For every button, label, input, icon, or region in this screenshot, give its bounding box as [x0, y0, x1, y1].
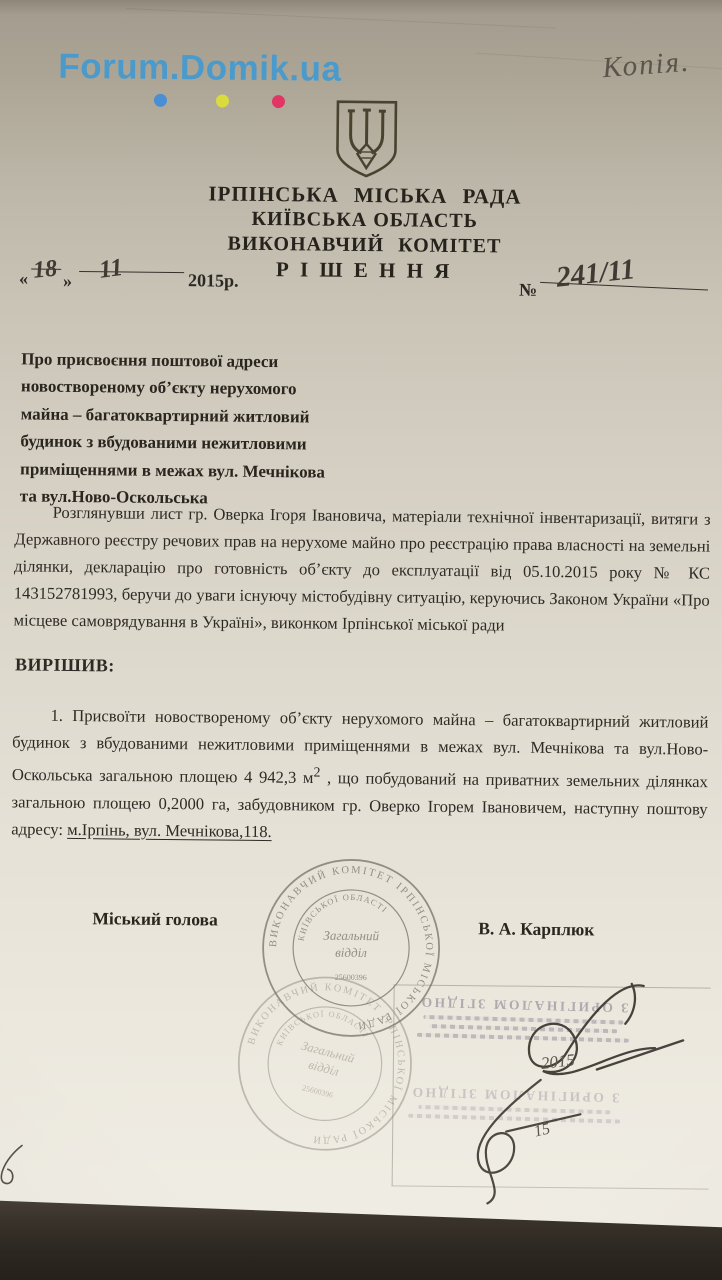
watermark-dot-blue	[154, 94, 167, 107]
subject-paragraph: Про присвоєння поштової адреси новоствор…	[20, 345, 412, 514]
decision-label: ВИРІШИВ:	[15, 654, 115, 676]
signer-name: В. А. Карплюк	[478, 918, 594, 940]
body-paragraph-2: 1. Присвоїти новоствореному об’єкту неру…	[11, 701, 708, 849]
assigned-address: м.Ірпінь, вул. Мечнікова,118.	[67, 819, 272, 840]
ukraine-trident-icon	[328, 98, 405, 181]
watermark-logo: Forum.Domik.ua	[58, 47, 342, 90]
paper-content: Forum.Domik.ua Копія. ІРПІНСЬКА МІСЬКА Р…	[0, 0, 722, 1280]
date-day-handwritten: 18	[32, 256, 58, 285]
date-month-handwritten: 11	[97, 254, 124, 285]
number-label: №	[519, 280, 537, 301]
seal-center-line1: Загальний	[323, 928, 379, 944]
date-quote-close: »	[63, 271, 72, 292]
document-photo: Forum.Domik.ua Копія. ІРПІНСЬКА МІСЬКА Р…	[0, 0, 722, 1280]
ink-signature-2	[421, 1073, 597, 1210]
date-quote-open: «	[19, 268, 28, 289]
pen-mark-left-edge	[0, 1141, 34, 1191]
seal2-number: 25600396	[301, 1083, 334, 1100]
watermark-dot-pink	[272, 95, 285, 108]
paper-crease	[126, 8, 556, 29]
handwritten-year: 2015	[540, 1050, 576, 1074]
watermark-dot-yellow	[216, 94, 229, 107]
handwritten-copy-note: Копія.	[601, 46, 691, 86]
signer-title: Міський голова	[92, 908, 218, 930]
date-year: 2015р.	[188, 270, 239, 292]
seal-center-line2: відділ	[335, 945, 367, 960]
body-paragraph-1: Розглянувши лист гр. Оверка Ігоря Іванов…	[13, 498, 710, 640]
